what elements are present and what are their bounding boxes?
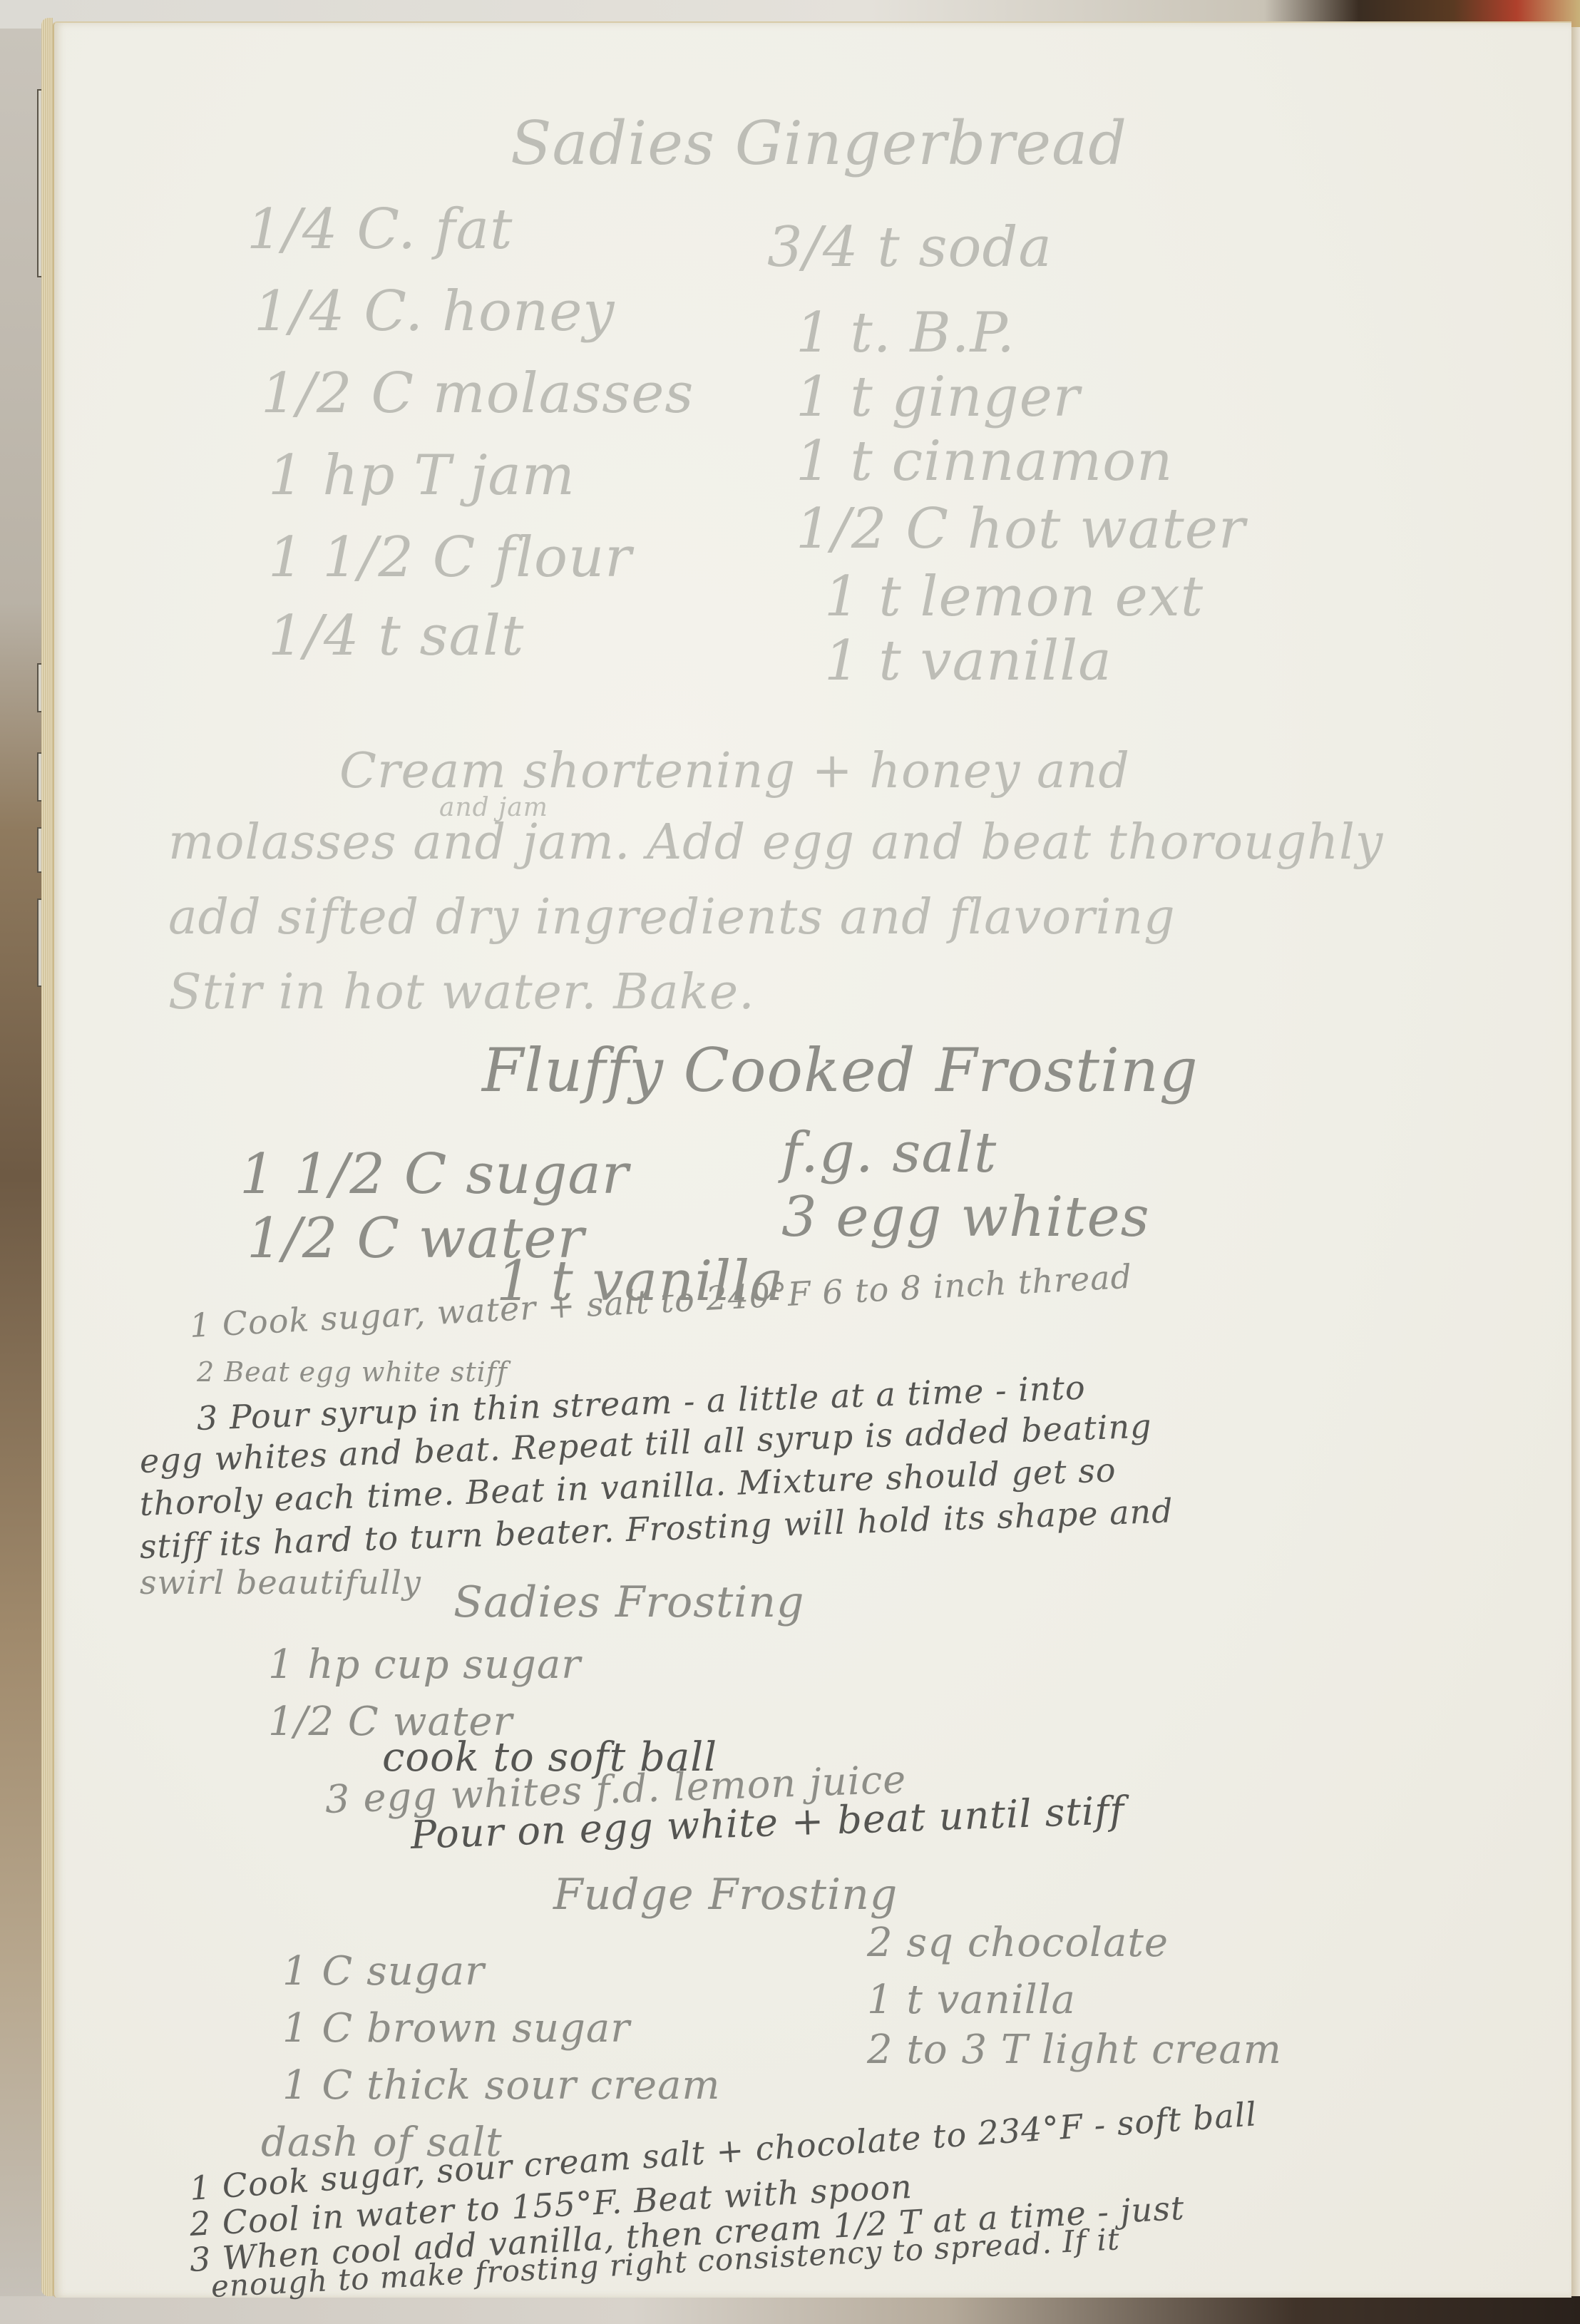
ingredient: 1 1/2 C flour [268, 526, 632, 590]
ingredient: 1/2 C molasses [261, 362, 694, 426]
step: 2 Beat egg white stiff [197, 1356, 508, 1388]
step: swirl beautifully [140, 1563, 421, 1602]
ingredient: 1 t lemon ext [824, 565, 1204, 629]
ingredient: 1/4 C. fat [247, 198, 513, 262]
recipe-title: Fudge Frosting [553, 1870, 898, 1920]
ingredient: 1 t. B.P. [796, 301, 1015, 365]
recipe-title: Sadies Frosting [453, 1577, 804, 1627]
notebook-page: Sadies Gingerbread 1/4 C. fat 1/4 C. hon… [53, 21, 1571, 2298]
ingredient: 3/4 t soda [767, 215, 1052, 280]
ingredient: 1 C sugar [282, 1948, 485, 1995]
ingredient: 1 t vanilla [824, 629, 1112, 693]
ingredient: 1 C brown sugar [282, 2005, 630, 2052]
ingredient: f.g. salt [781, 1121, 997, 1185]
ingredient: 1 t cinnamon [796, 429, 1173, 493]
recipe-title: Fluffy Cooked Frosting [482, 1035, 1199, 1105]
ingredient: 1 hp T jam [268, 444, 575, 508]
ingredient: 1/2 C hot water [796, 497, 1246, 561]
ingredient: 1/4 C. honey [254, 280, 615, 344]
page-edges [41, 18, 53, 2296]
method-line: Stir in hot water. Bake. [168, 964, 755, 1020]
ingredient: 1 1/2 C sugar [240, 1142, 629, 1207]
ingredient: 1 t ginger [796, 365, 1080, 429]
ingredient: 2 to 3 T light cream [867, 2027, 1282, 2073]
ingredient: 1/4 t salt [268, 604, 524, 668]
ingredient: 2 sq chocolate [867, 1920, 1169, 1966]
ingredient: 1 C thick sour cream [282, 2062, 721, 2109]
method-line: add sifted dry ingredients and flavoring [168, 889, 1176, 946]
method-line: Cream shortening + honey and [339, 743, 1130, 799]
ingredient: 1 t vanilla [867, 1977, 1076, 2023]
ingredient: 3 egg whites [781, 1185, 1150, 1249]
method-line: molasses and jam. Add egg and beat thoro… [168, 814, 1383, 871]
recipe-title: Sadies Gingerbread [511, 108, 1127, 178]
line: 1 hp cup sugar [268, 1642, 581, 1688]
